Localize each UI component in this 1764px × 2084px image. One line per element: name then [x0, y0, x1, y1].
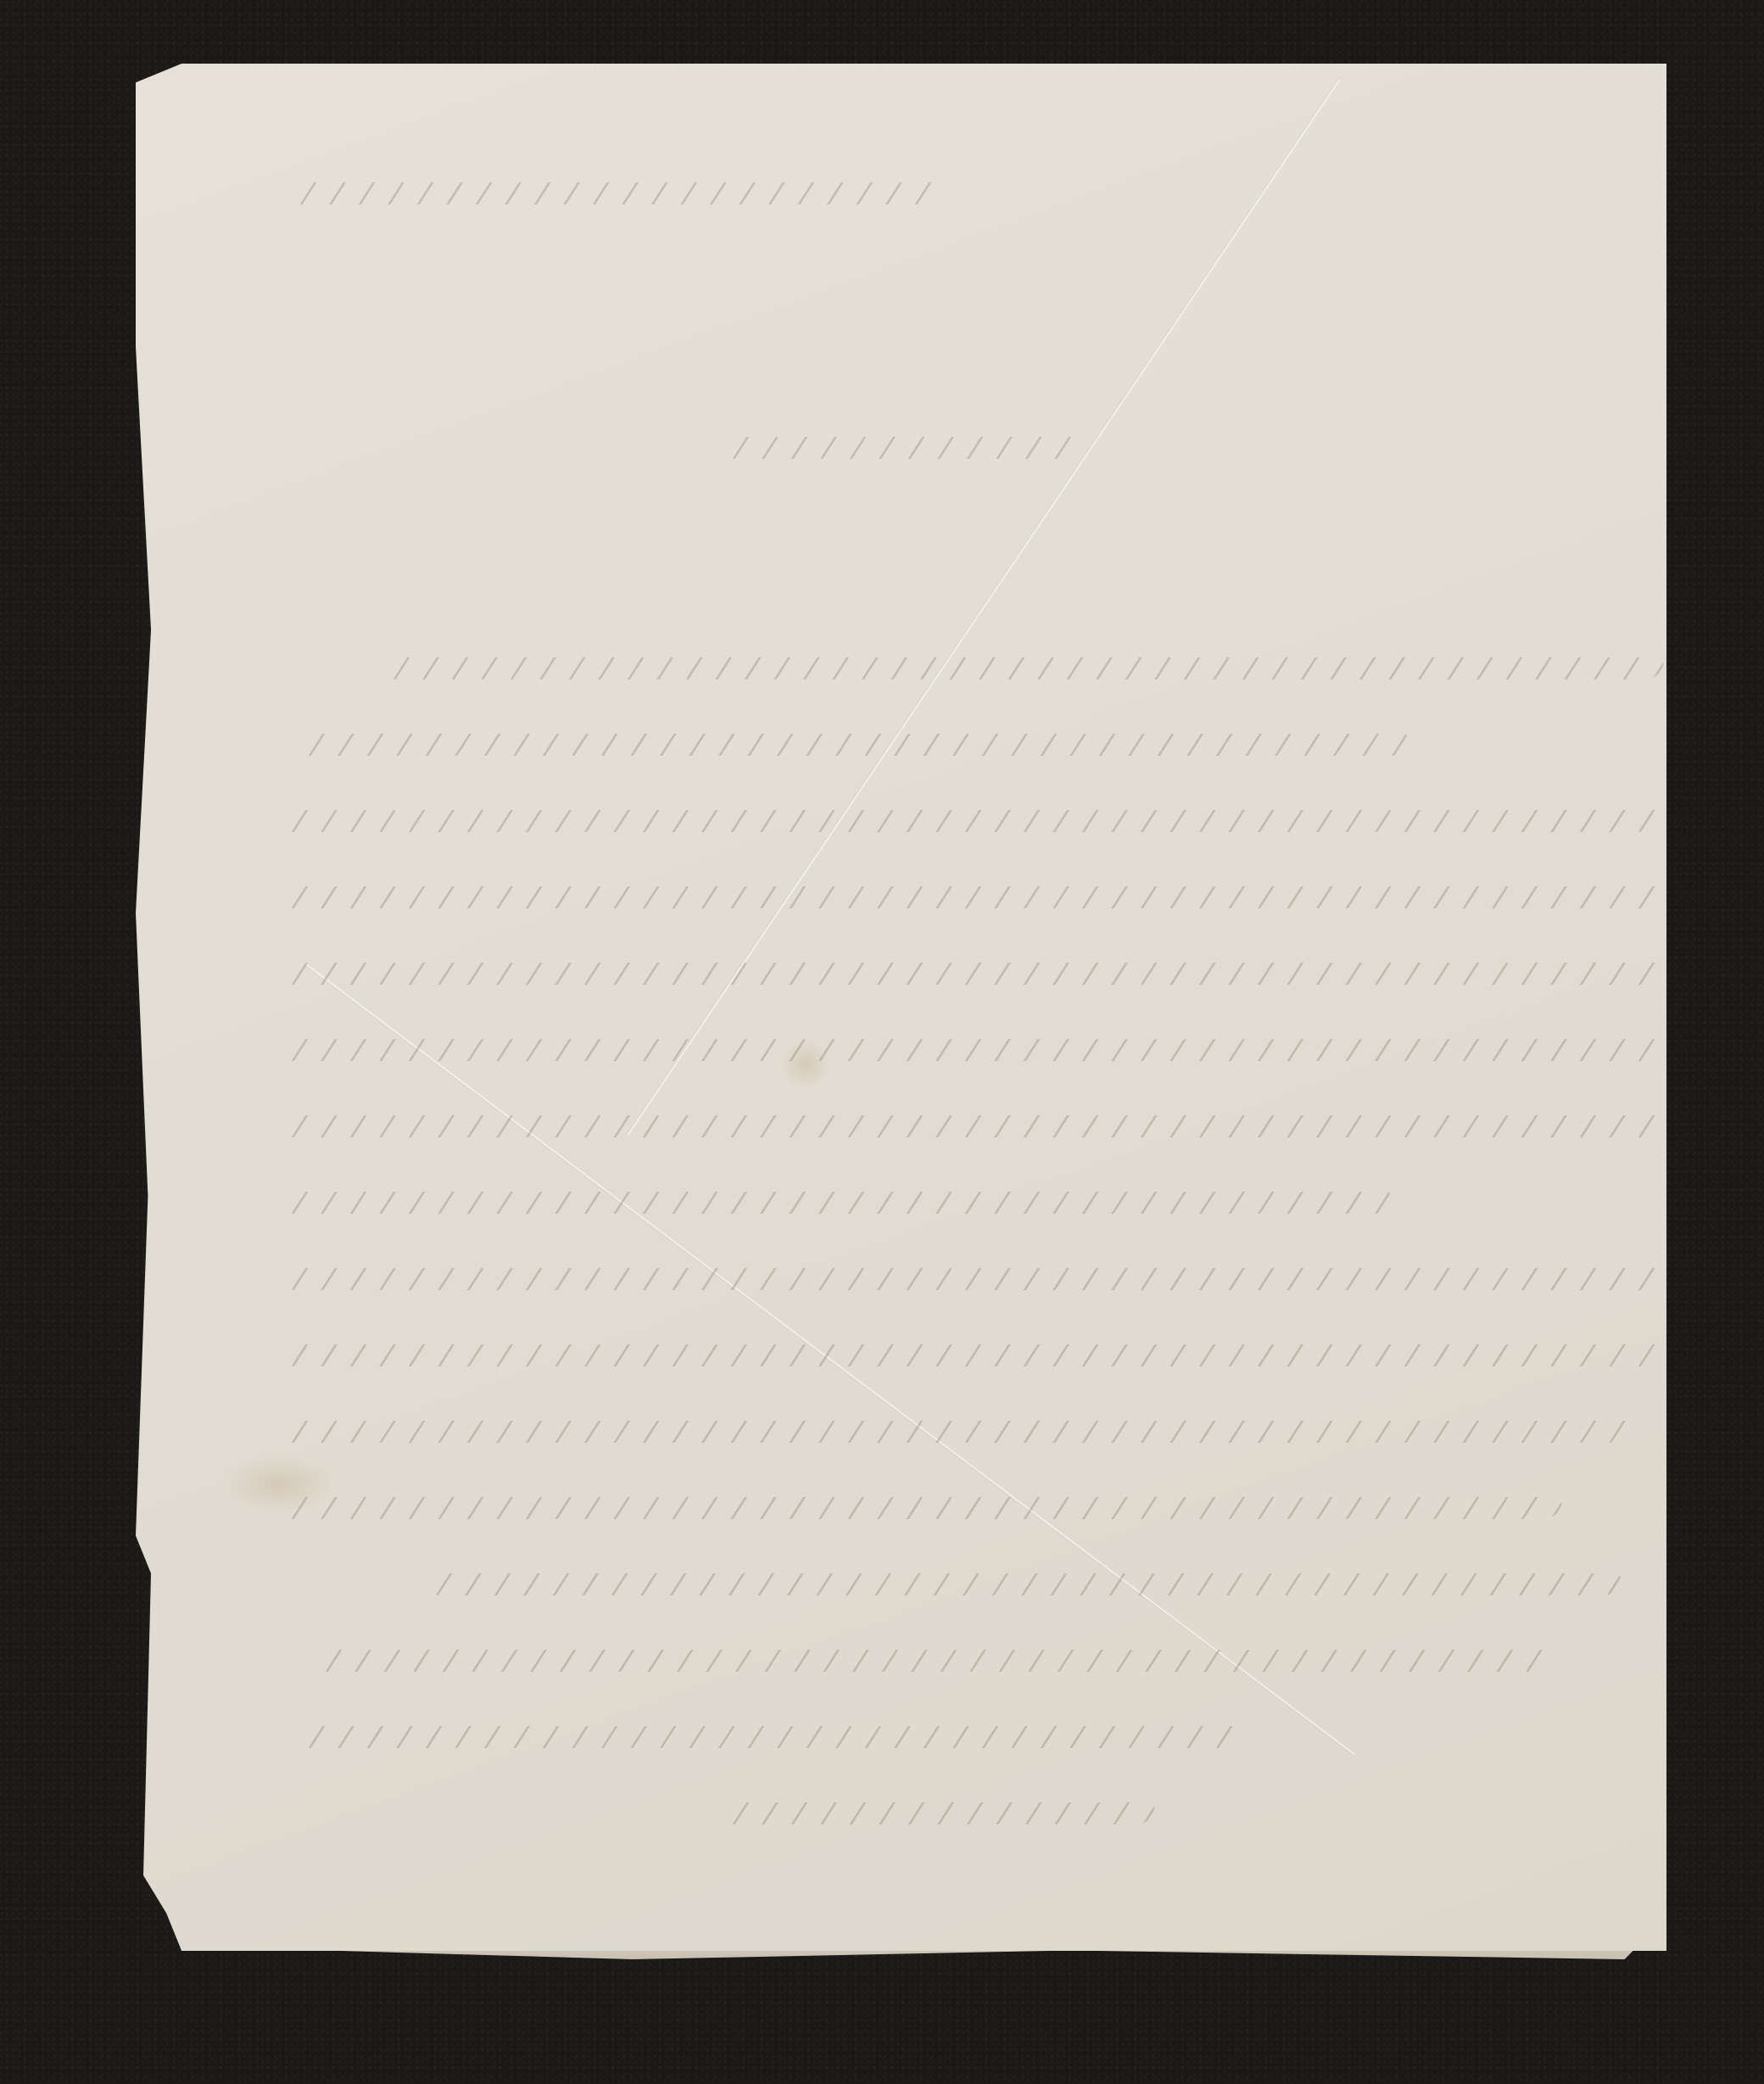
bleed-through-line: [283, 1268, 1667, 1290]
bleed-through-line: [283, 810, 1667, 832]
bleed-through-line: [724, 1802, 1158, 1824]
manuscript-page: [136, 64, 1666, 1951]
bleed-through-line: [385, 657, 1667, 679]
bleed-through-line: [300, 734, 1413, 756]
bleed-through-line: [283, 1039, 1667, 1061]
bleed-through-line: [317, 1650, 1557, 1672]
bleed-through-line: [283, 1115, 1667, 1137]
bleed-through-line: [283, 1192, 1396, 1214]
bleed-through-line: [283, 1497, 1566, 1519]
bleed-through-line: [283, 886, 1667, 908]
bleed-through-line: [283, 1421, 1650, 1443]
bleed-through-line: [283, 1344, 1667, 1366]
bleed-through-line: [283, 963, 1667, 985]
bleed-through-line: [427, 1573, 1625, 1595]
bleed-through-salutation: [724, 437, 1091, 459]
bleed-through-heading: [292, 182, 946, 204]
bleed-through-line: [300, 1726, 1243, 1748]
